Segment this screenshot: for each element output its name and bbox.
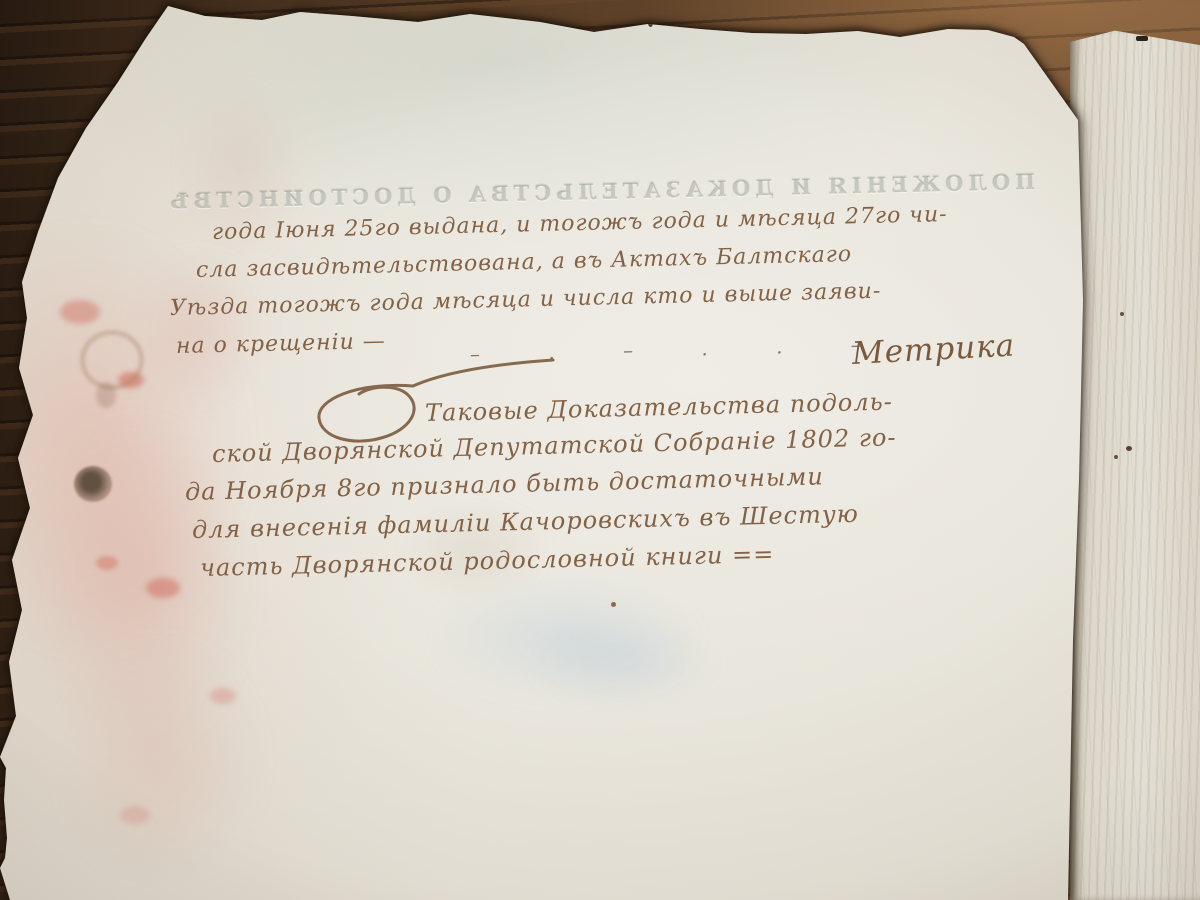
document-page-surface: ПОЛОЖЕНІЯ И ДОКАЗАТЕЛЬСТВА О ДОСТОИНСТВѢ… [0, 0, 1200, 900]
red-stain [120, 806, 150, 824]
blue-stain [530, 618, 720, 708]
handwritten-line: да Ноября 8го признало быть достаточными [185, 462, 824, 506]
dark-spot [74, 466, 112, 502]
red-stain [60, 300, 100, 324]
red-stain [210, 688, 236, 704]
paper-speck [648, 18, 653, 27]
marginal-label-metrika: Метрика [851, 327, 1016, 371]
handwritten-line: сла засвидѣтельствована, а въ Актахъ Бал… [196, 242, 853, 283]
water-stain [60, 640, 260, 880]
ring-stain [80, 330, 144, 390]
ring-stain-tail [96, 382, 116, 408]
red-stain [96, 556, 118, 570]
photograph-of-archival-document: ПОЛОЖЕНІЯ И ДОКАЗАТЕЛЬСТВА О ДОСТОИНСТВѢ… [0, 0, 1200, 900]
handwritten-line: Уѣзда тогожъ года мѣсяца и числа кто и в… [170, 279, 882, 321]
fold-speck [1126, 446, 1132, 451]
red-mark-edge [0, 271, 16, 299]
fold-speck [1120, 312, 1124, 316]
wood-speck [1136, 36, 1148, 41]
document-page: ПОЛОЖЕНІЯ И ДОКАЗАТЕЛЬСТВА О ДОСТОИНСТВѢ… [0, 0, 1200, 900]
red-stain [146, 578, 180, 598]
fold-speck [1114, 455, 1118, 459]
red-mark-edge [4, 298, 12, 310]
paper-speck [611, 602, 616, 607]
